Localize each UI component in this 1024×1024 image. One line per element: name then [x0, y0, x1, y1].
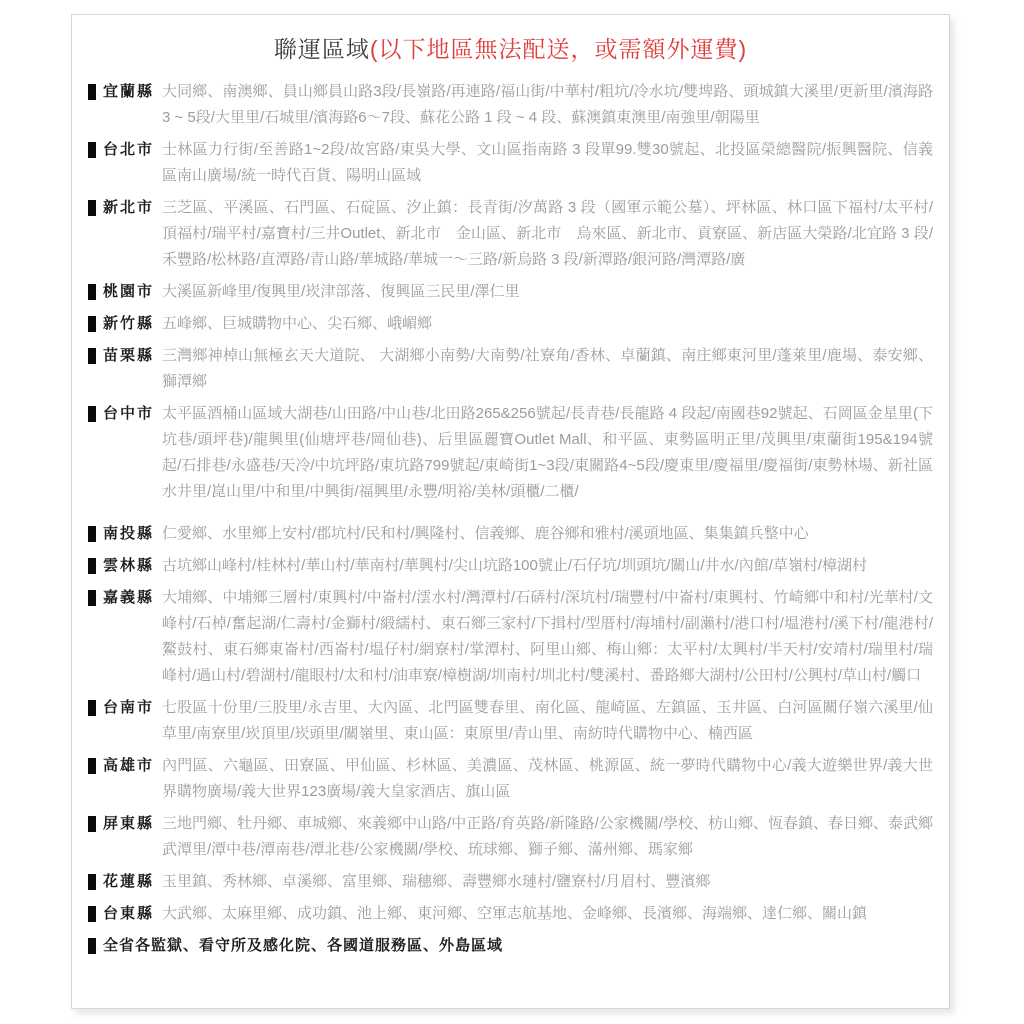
region-row: 新北市三芝區、平溪區、石門區、石碇區、汐止鎮：長青街/汐萬路 3 段（國軍示範公…	[88, 195, 933, 273]
region-area-text: 五峰鄉、巨城購物中心、尖石鄉、峨嵋鄉	[162, 311, 933, 337]
region-label: 花蓮縣	[88, 869, 162, 895]
region-row: 台南市七股區十份里/三股里/永吉里、大內區、北門區雙春里、南化區、龍崎區、左鎮區…	[88, 695, 933, 747]
region-label: 雲林縣	[88, 553, 162, 579]
region-area-text: 三灣鄉神棹山無極玄天大道院、 大湖鄉小南勢/大南勢/社寮角/香林、卓蘭鎮、南庄鄉…	[162, 343, 933, 395]
region-row: 桃園市大溪區新峰里/復興里/崁津部落、復興區三民里/澤仁里	[88, 279, 933, 305]
region-row: 雲林縣古坑鄉山峰村/桂林村/華山村/華南村/華興村/尖山坑路100號止/石仔坑/…	[88, 553, 933, 579]
region-marker-icon	[88, 816, 96, 832]
region-label-text: 苗栗縣	[103, 343, 154, 369]
region-marker-icon	[88, 526, 96, 542]
title-main: 聯運區域	[274, 36, 370, 62]
region-area-text: 三地門鄉、牡丹鄉、車城鄉、來義鄉中山路/中正路/育英路/新隆路/公家機關/學校、…	[162, 811, 933, 863]
region-label-text: 宜蘭縣	[103, 79, 154, 105]
region-label: 新北市	[88, 195, 162, 221]
region-label-text: 屏東縣	[103, 811, 154, 837]
region-label-text: 高雄市	[103, 753, 154, 779]
region-area-text: 古坑鄉山峰村/桂林村/華山村/華南村/華興村/尖山坑路100號止/石仔坑/圳頭坑…	[162, 553, 933, 579]
region-area-text: 大埔鄉、中埔鄉三層村/東興村/中崙村/澐水村/灣潭村/石硦村/深坑村/瑞豐村/中…	[162, 585, 933, 689]
region-list: 宜蘭縣大同鄉、南澳鄉、員山鄉員山路3段/長嶺路/再連路/福山街/中華村/粗坑/冷…	[88, 79, 933, 959]
region-marker-icon	[88, 284, 96, 300]
region-marker-icon	[88, 348, 96, 364]
region-label: 台東縣	[88, 901, 162, 927]
region-row: 高雄市內門區、六龜區、田寮區、甲仙區、杉林區、美濃區、茂林區、桃源區、統一夢時代…	[88, 753, 933, 805]
footer-text: 全省各監獄、看守所及感化院、各國道服務區、外島區域	[103, 933, 933, 959]
region-row: 屏東縣三地門鄉、牡丹鄉、車城鄉、來義鄉中山路/中正路/育英路/新隆路/公家機關/…	[88, 811, 933, 863]
region-marker-icon	[88, 590, 96, 606]
region-row: 宜蘭縣大同鄉、南澳鄉、員山鄉員山路3段/長嶺路/再連路/福山街/中華村/粗坑/冷…	[88, 79, 933, 131]
region-label-text: 台東縣	[103, 901, 154, 927]
region-label: 台北市	[88, 137, 162, 163]
region-marker-icon	[88, 758, 96, 774]
region-area-text: 仁愛鄉、水里鄉上安村/郡坑村/民和村/興隆村、信義鄉、鹿谷鄉和雅村/溪頭地區、集…	[162, 521, 933, 547]
title-note: (以下地區無法配送，或需額外運費)	[370, 36, 747, 62]
region-area-text: 三芝區、平溪區、石門區、石碇區、汐止鎮：長青街/汐萬路 3 段（國軍示範公墓）、…	[162, 195, 933, 273]
region-marker-icon	[88, 316, 96, 332]
region-label-text: 台中市	[103, 401, 154, 427]
region-label: 新竹縣	[88, 311, 162, 337]
page-title: 聯運區域(以下地區無法配送，或需額外運費)	[88, 35, 933, 63]
region-label-text: 桃園市	[103, 279, 154, 305]
region-label: 南投縣	[88, 521, 162, 547]
region-label: 宜蘭縣	[88, 79, 162, 105]
region-row: 台北市士林區力行街/至善路1~2段/故宮路/東吳大學、文山區指南路 3 段單99…	[88, 137, 933, 189]
region-area-text: 太平區酒桶山區域大湖巷/山田路/中山巷/北田路265&256號起/長青巷/長龍路…	[162, 401, 933, 505]
region-marker-icon	[88, 558, 96, 574]
region-marker-icon	[88, 142, 96, 158]
region-marker-icon	[88, 874, 96, 890]
region-label-text: 台北市	[103, 137, 154, 163]
region-label: 屏東縣	[88, 811, 162, 837]
region-row: 新竹縣五峰鄉、巨城購物中心、尖石鄉、峨嵋鄉	[88, 311, 933, 337]
region-label-text: 雲林縣	[103, 553, 154, 579]
region-label-text: 新北市	[103, 195, 154, 221]
region-marker-icon	[88, 200, 96, 216]
region-area-text: 內門區、六龜區、田寮區、甲仙區、杉林區、美濃區、茂林區、桃源區、統一夢時代購物中…	[162, 753, 933, 805]
region-row: 花蓮縣玉里鎮、秀林鄉、卓溪鄉、富里鄉、瑞穗鄉、壽豐鄉水璉村/鹽寮村/月眉村、豐濱…	[88, 869, 933, 895]
region-label: 桃園市	[88, 279, 162, 305]
region-row: 南投縣仁愛鄉、水里鄉上安村/郡坑村/民和村/興隆村、信義鄉、鹿谷鄉和雅村/溪頭地…	[88, 521, 933, 547]
region-label: 苗栗縣	[88, 343, 162, 369]
region-area-text: 大溪區新峰里/復興里/崁津部落、復興區三民里/澤仁里	[162, 279, 933, 305]
region-marker-icon	[88, 906, 96, 922]
region-row: 苗栗縣三灣鄉神棹山無極玄天大道院、 大湖鄉小南勢/大南勢/社寮角/香林、卓蘭鎮、…	[88, 343, 933, 395]
region-row: 台中市太平區酒桶山區域大湖巷/山田路/中山巷/北田路265&256號起/長青巷/…	[88, 401, 933, 505]
region-row: 嘉義縣大埔鄉、中埔鄉三層村/東興村/中崙村/澐水村/灣潭村/石硦村/深坑村/瑞豐…	[88, 585, 933, 689]
region-label-text: 新竹縣	[103, 311, 154, 337]
region-area-text: 大同鄉、南澳鄉、員山鄉員山路3段/長嶺路/再連路/福山街/中華村/粗坑/冷水坑/…	[162, 79, 933, 131]
region-area-text: 七股區十份里/三股里/永吉里、大內區、北門區雙春里、南化區、龍崎區、左鎮區、玉井…	[162, 695, 933, 747]
region-label-text: 台南市	[103, 695, 154, 721]
region-marker-icon	[88, 700, 96, 716]
region-row: 台東縣大武鄉、太麻里鄉、成功鎮、池上鄉、東河鄉、空軍志航基地、金峰鄉、長濱鄉、海…	[88, 901, 933, 927]
region-area-text: 士林區力行街/至善路1~2段/故宮路/東吳大學、文山區指南路 3 段單99.雙3…	[162, 137, 933, 189]
region-marker-icon	[88, 938, 96, 954]
footer-row: 全省各監獄、看守所及感化院、各國道服務區、外島區域	[88, 933, 933, 959]
region-label: 嘉義縣	[88, 585, 162, 611]
region-label-text: 嘉義縣	[103, 585, 154, 611]
region-label: 台南市	[88, 695, 162, 721]
region-area-text: 玉里鎮、秀林鄉、卓溪鄉、富里鄉、瑞穗鄉、壽豐鄉水璉村/鹽寮村/月眉村、豐濱鄉	[162, 869, 933, 895]
shipping-notice-card: 聯運區域(以下地區無法配送，或需額外運費) 宜蘭縣大同鄉、南澳鄉、員山鄉員山路3…	[71, 14, 950, 1009]
region-label-text: 花蓮縣	[103, 869, 154, 895]
region-label: 高雄市	[88, 753, 162, 779]
region-label-text: 南投縣	[103, 521, 154, 547]
region-area-text: 大武鄉、太麻里鄉、成功鎮、池上鄉、東河鄉、空軍志航基地、金峰鄉、長濱鄉、海端鄉、…	[162, 901, 933, 927]
region-marker-icon	[88, 84, 96, 100]
region-marker-icon	[88, 406, 96, 422]
region-label: 台中市	[88, 401, 162, 427]
